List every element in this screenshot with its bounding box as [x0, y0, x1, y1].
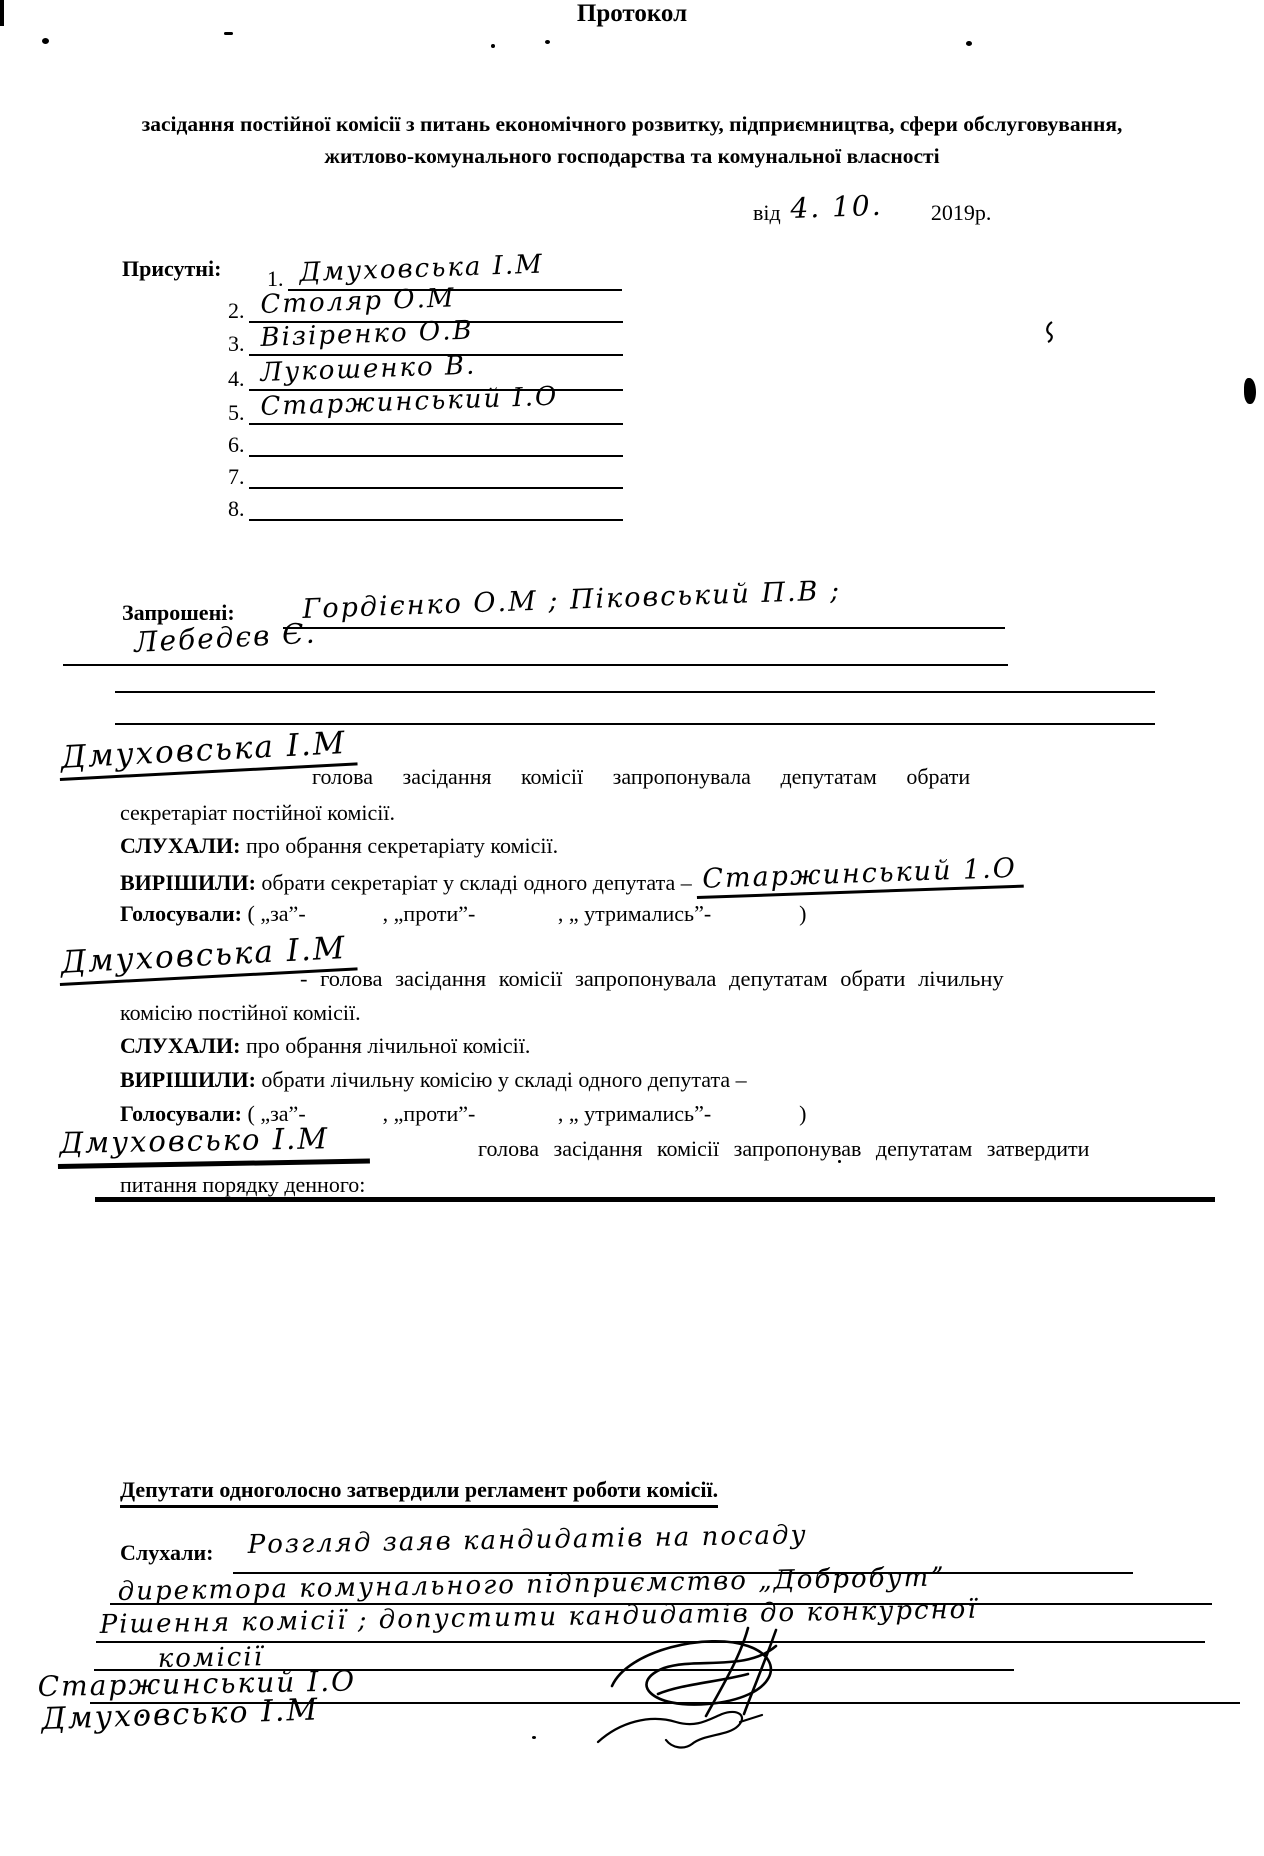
- scanned-protocol-page: Протокол засідання постійної комісії з п…: [0, 0, 1264, 1856]
- ruled-line: [95, 1197, 1215, 1202]
- scan-speck: [140, 1714, 144, 1718]
- heard-block-label: Слухали:: [120, 1540, 213, 1566]
- attendees-label: Присутні:: [122, 256, 221, 282]
- heard-handwritten-line: Розгляд заяв кандидатів на посаду: [247, 1520, 807, 1560]
- resolution-text: Депутати одноголосно затвердили регламен…: [120, 1477, 718, 1508]
- heard-text: про обрання лічильної комісії.: [246, 1033, 530, 1058]
- scan-smudge: [1244, 378, 1256, 404]
- date-handwritten: 4. 10.: [790, 189, 883, 225]
- scan-edge-mark: [0, 0, 4, 26]
- ruled-line: [115, 691, 1155, 693]
- scan-speck: [966, 41, 972, 46]
- voted-label: Голосували:: [120, 901, 242, 926]
- scan-speck: [491, 44, 495, 48]
- invited-line: Гордієнко О.М ; Піковський П.В ;: [283, 582, 1005, 629]
- decided-line: ВИРІШИЛИ: обрати лічильну комісію у скла…: [120, 1067, 747, 1093]
- decided-line: ВИРІШИЛИ: обрати секретаріат у складі од…: [120, 866, 1024, 901]
- decided-text: обрати лічильну комісію у складі одного …: [261, 1067, 746, 1092]
- heard-line: СЛУХАЛИ: про обрання лічильної комісії.: [120, 1033, 530, 1059]
- heard-label: СЛУХАЛИ:: [120, 1033, 240, 1058]
- heard-line: СЛУХАЛИ: про обрання секретаріату комісі…: [120, 833, 558, 859]
- scan-speck: [224, 32, 233, 35]
- heard-label: СЛУХАЛИ:: [120, 833, 240, 858]
- voted-text: ( „за”- , „проти”- , „ утрималисьˮ- ): [248, 901, 807, 926]
- page-subtitle: засідання постійної комісії з питань еко…: [112, 108, 1152, 172]
- scan-speck: [42, 38, 49, 44]
- decided-label: ВИРІШИЛИ:: [120, 870, 256, 895]
- date-year: 2019р.: [931, 200, 992, 226]
- ruled-line: [115, 723, 1155, 725]
- decided-text: обрати секретаріат у складі одного депут…: [261, 870, 691, 895]
- ruled-line: [63, 664, 1008, 666]
- invited-names: Гордієнко О.М ; Піковський П.В ;: [302, 575, 842, 625]
- scan-speck: [545, 40, 550, 44]
- decided-label: ВИРІШИЛИ:: [120, 1067, 256, 1092]
- voted-line: Голосували: ( „за”- , „проти”- , „ утрим…: [120, 901, 807, 927]
- section-intro-2: секретаріат постійної комісії.: [120, 800, 395, 826]
- attendee-number: 8.: [228, 497, 249, 521]
- scan-squiggle-mark: [1042, 320, 1056, 344]
- scan-speck: [838, 1160, 841, 1163]
- signature-squiggle: [598, 1624, 813, 1719]
- decided-handwritten-name: Старжинський 1.О: [696, 853, 1024, 899]
- section-intro: - голова засідання комісії запропонувала…: [300, 966, 1004, 992]
- resolution-line: Депутати одноголосно затвердили регламен…: [120, 1477, 718, 1503]
- page-title: Протокол: [0, 0, 1264, 28]
- attendee-row: 8.: [228, 477, 623, 521]
- signature-squiggle: [592, 1706, 777, 1754]
- chair-signature-name: Дмуховсько І.М: [57, 1121, 369, 1169]
- date-prefix: від: [753, 200, 781, 226]
- section-intro: голова засідання комісії запропонувала д…: [312, 764, 970, 790]
- section-intro-2: комісію постійної комісії.: [120, 1000, 361, 1026]
- section-intro-2: питання порядку денного:: [120, 1172, 365, 1198]
- heard-text: про обрання секретаріату комісії.: [246, 833, 558, 858]
- date-line: від 4. 10. 2019р.: [753, 194, 991, 227]
- section-intro: голова засідання комісії запропонував де…: [478, 1136, 1089, 1162]
- scan-speck: [532, 1736, 536, 1739]
